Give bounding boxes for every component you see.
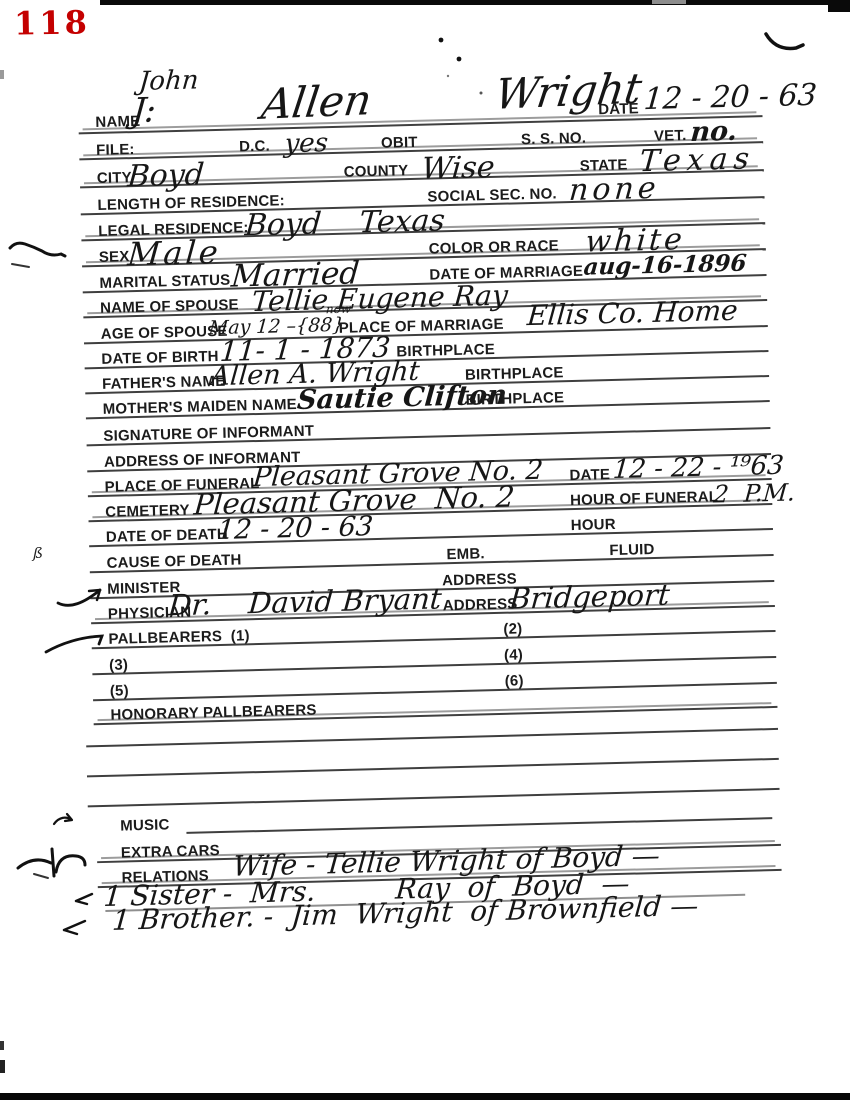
- field-pallbearer-4-label: (4): [504, 646, 523, 663]
- field-dc-value: yes: [283, 128, 329, 159]
- field-cause-of-death-label: CAUSE OF DEATH: [106, 551, 241, 571]
- ruled-line: [87, 758, 779, 778]
- field-pallbearers-label: PALLBEARERS (1): [108, 627, 250, 648]
- field-physician-value: Dr. David Bryant: [167, 581, 443, 622]
- field-pallbearer-6-label: (6): [505, 672, 524, 689]
- field-cemetery-label: CEMETERY: [105, 502, 190, 521]
- field-pallbearer-5-label: (5): [110, 682, 129, 699]
- field-spouse-name-value: Tellie Eugene Ray: [250, 279, 509, 319]
- field-color-race-label: COLOR OR RACE: [429, 237, 559, 257]
- scanned-funeral-record: 118 NAME John J:: [0, 0, 850, 1100]
- field-sex-label: SEX: [99, 248, 130, 266]
- spouse-age-note: now: [325, 302, 351, 317]
- field-physician-address-label: ADDRESS: [443, 595, 518, 614]
- ruled-line: [92, 656, 776, 675]
- field-city-value: Boyd: [126, 157, 205, 194]
- field-social-sec-value: none: [568, 171, 661, 208]
- field-ssno-label: S. S. NO.: [521, 130, 587, 149]
- ruled-line: [86, 728, 778, 748]
- left-edge-mark: [0, 1041, 4, 1050]
- field-pallbearer-2-label: (2): [503, 620, 522, 637]
- ruled-line: [186, 817, 772, 834]
- field-fluid-label: FLUID: [609, 541, 655, 559]
- ruled-line: [88, 788, 780, 808]
- field-date-label: DATE: [598, 100, 639, 118]
- form-sheet: NAME John J: Allen Wright DATE 12 - 20 -…: [0, 0, 850, 1100]
- field-birthplace-label: BIRTHPLACE: [465, 389, 564, 408]
- field-informant-signature-label: SIGNATURE OF INFORMANT: [103, 423, 314, 445]
- field-pallbearer-3-label: (3): [109, 656, 128, 673]
- field-funeral-date-label: DATE: [569, 466, 610, 484]
- field-sex-value: Male: [126, 233, 222, 273]
- field-file-label: FILE:: [96, 141, 135, 159]
- name-prefix-value: J:: [131, 90, 158, 131]
- field-social-sec-label: SOCIAL SEC. NO.: [427, 185, 557, 205]
- field-death-date-label: DATE OF DEATH: [106, 526, 228, 546]
- field-father-name-label: FATHER'S NAME: [102, 373, 226, 393]
- field-physician-address-value: Bridgeport: [508, 578, 671, 616]
- field-marriage-date-value: aug-16-1896: [583, 250, 748, 281]
- field-minister-address-label: ADDRESS: [442, 570, 517, 589]
- field-funeral-hour-value: 2 P.M.: [712, 478, 796, 508]
- field-marriage-place-value: Ellis Co. Home: [526, 294, 739, 332]
- field-legal-residence-value: Boyd Texas: [244, 203, 447, 243]
- field-county-label: COUNTY: [344, 162, 409, 181]
- field-extra-cars-label: EXTRA CARS: [121, 842, 220, 861]
- field-date-value: 12 - 20 - 63: [642, 78, 818, 117]
- field-dc-label: D.C.: [239, 138, 270, 156]
- ruled-line: [93, 682, 777, 701]
- left-edge-mark: [0, 1060, 5, 1073]
- field-marital-status-label: MARITAL STATUS: [99, 272, 230, 292]
- field-spouse-name-label: NAME OF SPOUSE: [100, 296, 239, 317]
- field-county-value: Wise: [420, 150, 496, 187]
- field-honorary-pallbearers-label: HONORARY PALLBEARERS: [110, 702, 317, 724]
- field-hour-label: HOUR: [571, 516, 616, 534]
- field-obit-label: OBIT: [381, 134, 418, 152]
- field-emb-label: EMB.: [446, 545, 485, 563]
- field-music-label: MUSIC: [120, 816, 170, 834]
- field-death-date-value: 12 - 20 - 63: [216, 511, 374, 546]
- field-birth-date-label: DATE OF BIRTH: [101, 348, 219, 368]
